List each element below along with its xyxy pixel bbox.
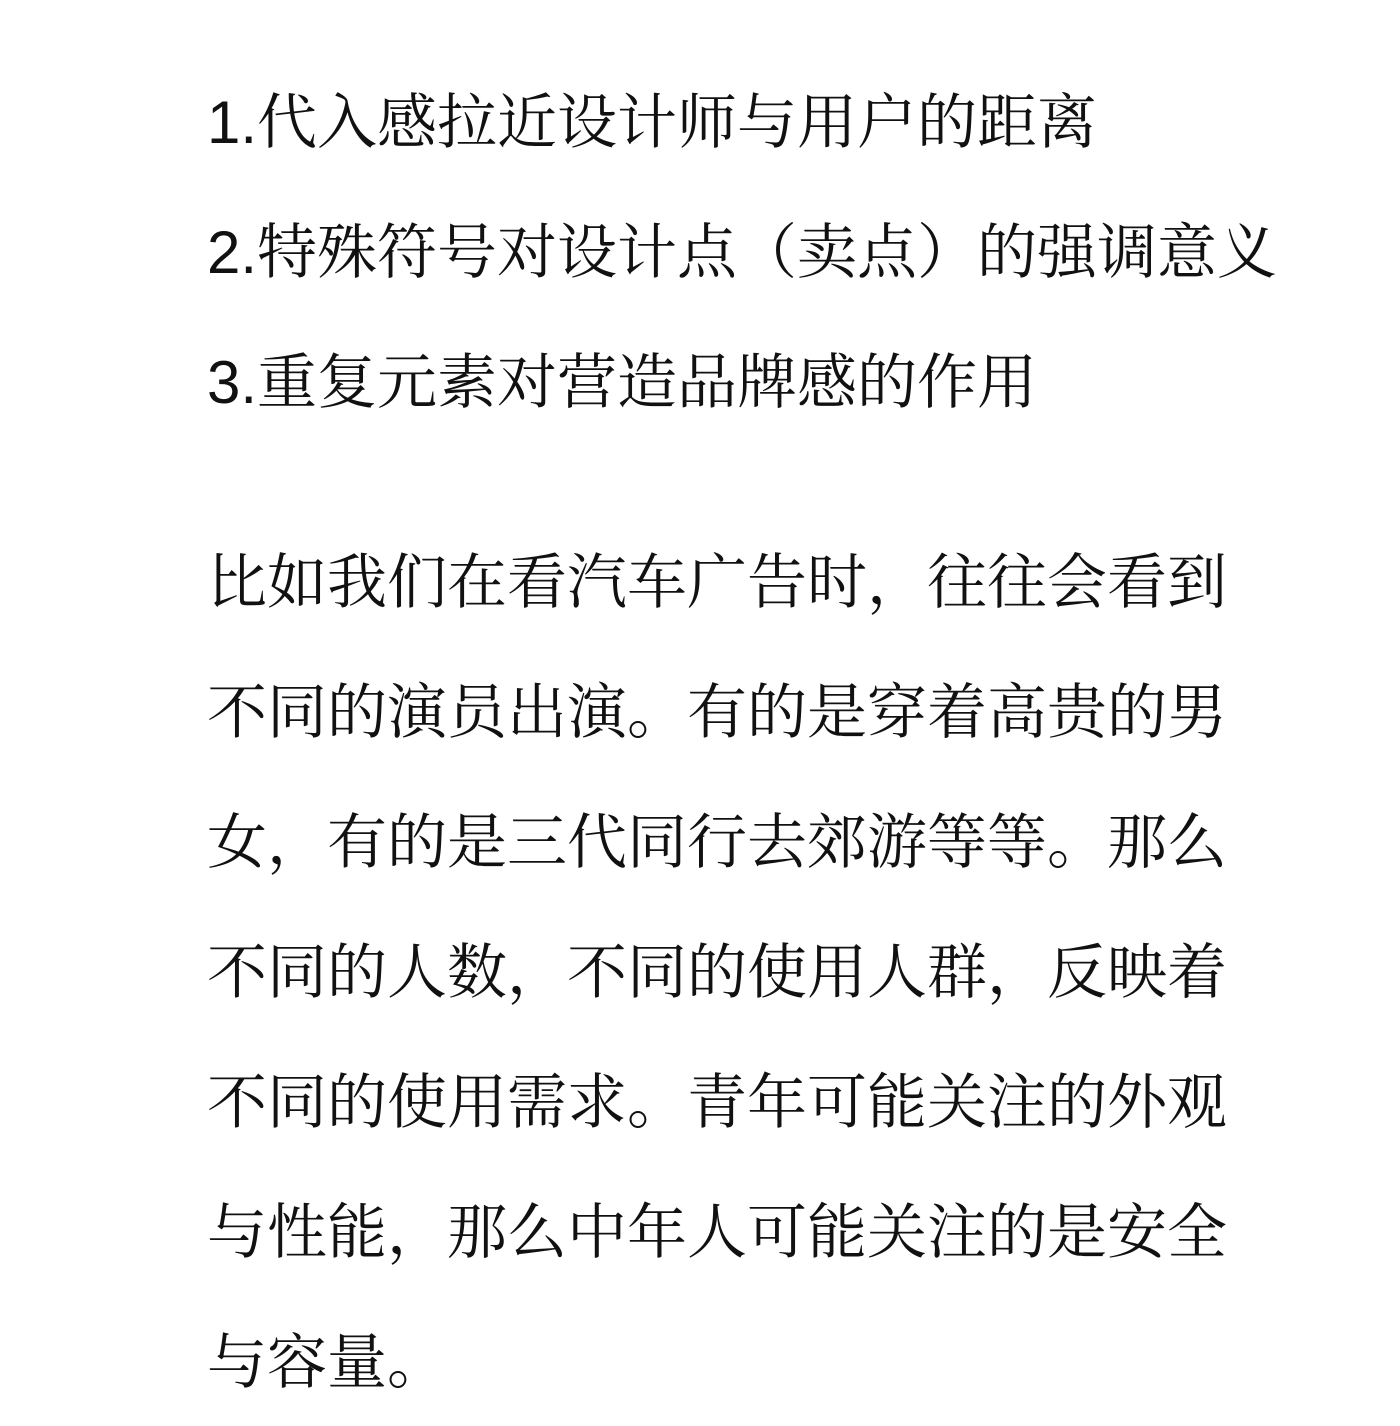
numbered-list: 1.代入感拉近设计师与用户的距离 2.特殊符号对设计点（卖点）的强调意义 3.重… xyxy=(207,58,1360,448)
document-page: 1.代入感拉近设计师与用户的距离 2.特殊符号对设计点（卖点）的强调意义 3.重… xyxy=(0,0,1400,1426)
paragraph-line-1: 比如我们在看汽车广告时，往往会看到 xyxy=(207,518,1360,648)
paragraph-line-7: 与容量。 xyxy=(207,1298,1360,1426)
paragraph-line-6: 与性能，那么中年人可能关注的是安全 xyxy=(207,1168,1360,1298)
paragraph-line-4: 不同的人数，不同的使用人群，反映着 xyxy=(207,908,1360,1038)
list-item-2: 2.特殊符号对设计点（卖点）的强调意义 xyxy=(207,188,1360,318)
document-content: 1.代入感拉近设计师与用户的距离 2.特殊符号对设计点（卖点）的强调意义 3.重… xyxy=(0,0,1400,1426)
list-item-3: 3.重复元素对营造品牌感的作用 xyxy=(207,318,1360,448)
paragraph-line-2: 不同的演员出演。有的是穿着高贵的男 xyxy=(207,648,1360,778)
paragraph-line-3: 女，有的是三代同行去郊游等等。那么 xyxy=(207,778,1360,908)
paragraph-line-5: 不同的使用需求。青年可能关注的外观 xyxy=(207,1038,1360,1168)
paragraph: 比如我们在看汽车广告时，往往会看到 不同的演员出演。有的是穿着高贵的男 女，有的… xyxy=(207,518,1360,1426)
list-item-1: 1.代入感拉近设计师与用户的距离 xyxy=(207,58,1360,188)
